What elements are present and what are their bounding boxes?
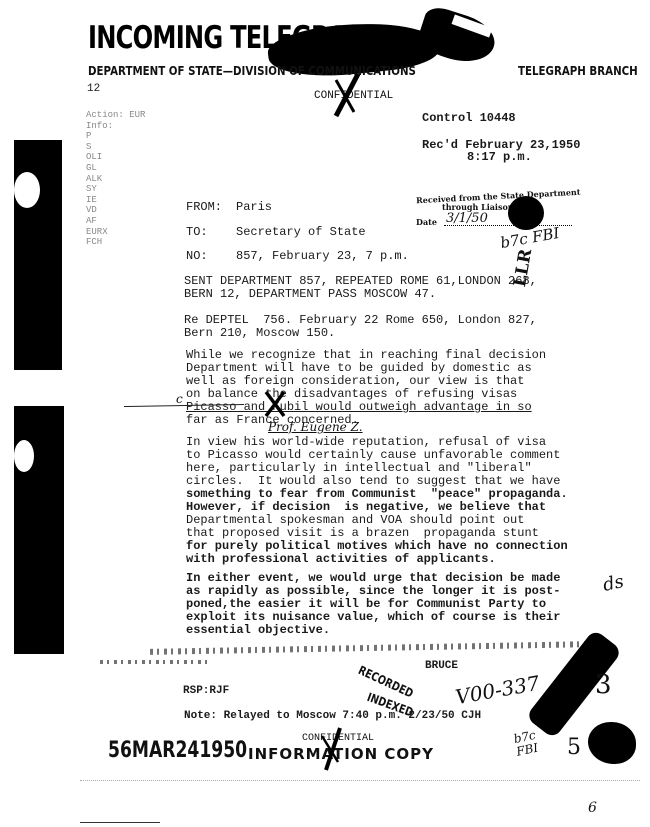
info-code: GL: [86, 163, 145, 174]
action-line: Action: EUR: [86, 110, 145, 121]
no-value: 857, February 23, 7 p.m.: [236, 250, 409, 263]
margin-c: c: [176, 392, 183, 406]
info-code: FCH: [86, 237, 145, 248]
receipt-stamp-date-label: Date: [416, 217, 437, 227]
punch-hole-icon: [14, 172, 40, 208]
info-code: S: [86, 142, 145, 153]
initials-line: RSP:RJF: [183, 685, 229, 698]
serial-number: 12: [87, 83, 100, 96]
handwritten-name: Prof. Eugene Z.: [268, 420, 363, 434]
info-code: EURX: [86, 227, 145, 238]
info-code: VD: [86, 205, 145, 216]
redaction-blot-bottom: [588, 722, 636, 764]
number-5: 5: [567, 735, 581, 760]
paragraph-3: In either event, we would urge that deci…: [186, 572, 606, 637]
file-number: V00-337: [454, 671, 542, 709]
relay-note: Note: Relayed to Moscow 7:40 p.m. 2/23/5…: [184, 710, 481, 723]
control-number: Control 10448: [422, 112, 516, 125]
footer-rule: [80, 780, 640, 781]
paragraph-line: essential objective.: [186, 624, 606, 637]
info-code: AF: [86, 216, 145, 227]
info-label: Info:: [86, 121, 145, 132]
receipt-stamp-date: 3/1/50: [446, 211, 488, 226]
info-code: P: [86, 131, 145, 142]
signature: BRUCE: [425, 660, 458, 673]
paragraph-1: While we recognize that in reaching fina…: [186, 349, 606, 427]
number-3: 3: [595, 670, 612, 700]
info-code: ALK: [86, 174, 145, 185]
reference-line: Bern 210, Moscow 150.: [184, 327, 335, 340]
info-code: IE: [86, 195, 145, 206]
paragraph-line: with professional activities of applican…: [186, 553, 606, 566]
punch-hole-icon: [14, 440, 34, 472]
division-line: DEPARTMENT OF STATE—DIVISION OF COMMUNIC…: [88, 63, 416, 78]
info-code: OLI: [86, 152, 145, 163]
page-number: 6: [588, 800, 597, 816]
strike-x-icon: [330, 72, 364, 118]
date-stamp: 56MAR241950: [108, 738, 247, 763]
redaction-blot-receipt: [508, 196, 544, 230]
corner-initials: ds: [601, 571, 626, 596]
to-label: TO:: [186, 226, 208, 239]
scan-noise-band: [100, 660, 210, 664]
distribution-line: BERN 12, DEPARTMENT PASS MOSCOW 47.: [184, 288, 436, 301]
footer-rule: [80, 822, 160, 823]
received-time: 8:17 p.m.: [467, 151, 532, 164]
b7c-annotation: b7c FBI: [499, 224, 561, 252]
to-value: Secretary of State: [236, 226, 366, 239]
branch-label: TELEGRAPH BRANCH: [518, 63, 638, 78]
routing-block: Action: EUR Info: P S OLI GL ALK SY IE V…: [86, 110, 145, 248]
strike-x-icon: [264, 390, 286, 418]
info-code: SY: [86, 184, 145, 195]
from-label: FROM:: [186, 201, 222, 214]
from-value: Paris: [236, 201, 272, 214]
strike-x-icon: [318, 726, 344, 772]
bottom-b7c-annotation: b7c FBI: [513, 727, 548, 759]
paragraph-line: far as France concerned.: [186, 414, 606, 427]
scan-noise-band: [150, 641, 590, 655]
paragraph-2: In view his world-wide reputation, refus…: [186, 436, 606, 566]
no-label: NO:: [186, 250, 208, 263]
